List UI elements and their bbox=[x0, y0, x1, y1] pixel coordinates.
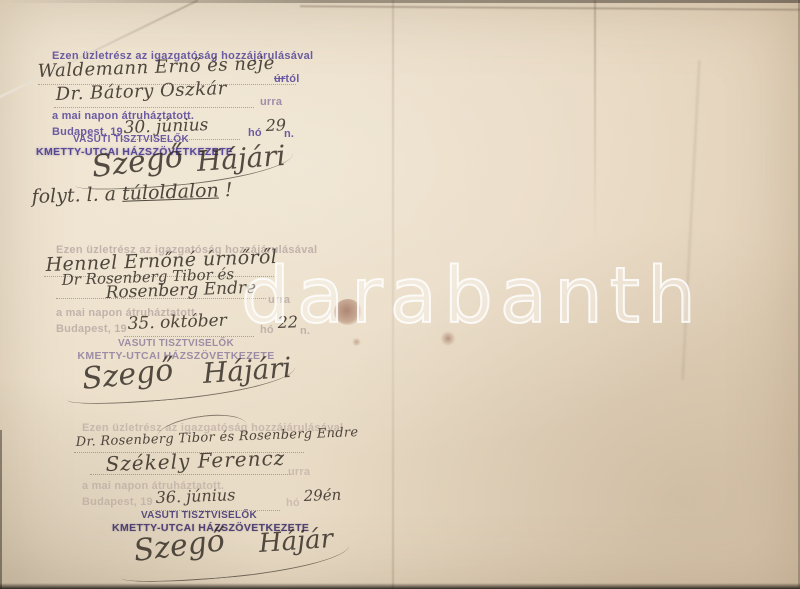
ho-label: hó bbox=[248, 127, 262, 139]
continuation-note: folyt. l. a túloldalon ! bbox=[31, 179, 233, 208]
transferee-name: Székely Ferencz bbox=[105, 446, 285, 476]
transferee-suffix: urra bbox=[288, 466, 310, 478]
transfer-entry-3: Ezen üzletrész az igazgatóság hozzájárul… bbox=[60, 418, 390, 589]
transferee-name: Dr. Bátory Oszkár bbox=[55, 78, 227, 105]
org-stamp-line1: VASUTI TISZTVISELŐK bbox=[138, 510, 260, 521]
photo-edge-bottom bbox=[0, 583, 800, 589]
form-blank-line bbox=[54, 107, 254, 108]
transferee-name-line2: Rosenberg Endre bbox=[105, 278, 256, 303]
auction-house-watermark: darabanth bbox=[241, 252, 703, 341]
date-month-handwritten: 36. június bbox=[155, 485, 235, 507]
photo-edge-left bbox=[0, 430, 2, 589]
transfer-entry-1: Ezen üzletrész az igazgatóság hozzájárul… bbox=[36, 44, 376, 234]
transferee-suffix: urra bbox=[260, 96, 282, 108]
document-photo: Ezen üzletrész az igazgatóság hozzájárul… bbox=[0, 0, 800, 589]
transferor-suffix: tól bbox=[285, 73, 299, 85]
form-blank-line bbox=[124, 336, 254, 337]
org-stamp-line1: VASUTI TISZTVISELŐK bbox=[106, 338, 246, 349]
date-day-handwritten: 29én bbox=[303, 486, 341, 505]
paper-crease bbox=[594, 0, 596, 240]
date-prefix: Budapest, 19 bbox=[56, 323, 127, 335]
ho-label: hó bbox=[286, 497, 300, 509]
date-prefix: Budapest, 19 bbox=[82, 496, 153, 508]
photo-edge-top bbox=[0, 0, 800, 3]
day-suffix: n. bbox=[284, 128, 294, 140]
paper-crease bbox=[300, 5, 800, 10]
struck-suffix: úr bbox=[274, 73, 285, 85]
date-month-handwritten: 35. október bbox=[127, 311, 227, 334]
